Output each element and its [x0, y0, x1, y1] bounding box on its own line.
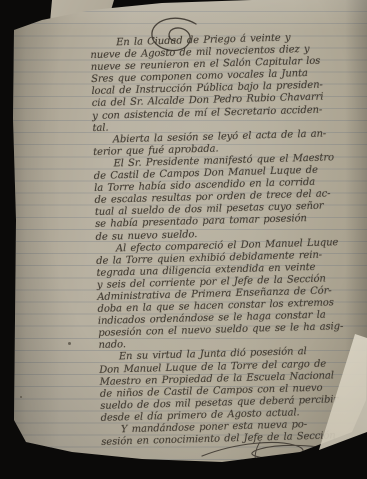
ink-speck [20, 396, 22, 398]
manuscript-text: En la Ciudad de Priego á veinte ynueve d… [90, 30, 367, 449]
paragraph: En su virtud la Junta dió posesión alDon… [99, 345, 367, 425]
paragraph: El Sr. Presidente manifestó que el Maest… [93, 151, 365, 243]
ink-speck [68, 342, 71, 345]
rubric-flourish-icon [198, 436, 340, 466]
paragraph: Al efecto compareció el Don Manuel Luque… [96, 236, 367, 352]
paper-sheet: En la Ciudad de Priego á veinte ynueve d… [0, 0, 367, 479]
paragraph: En la Ciudad de Priego á veinte ynueve d… [90, 30, 363, 134]
scanned-page-background: En la Ciudad de Priego á veinte ynueve d… [0, 0, 367, 479]
